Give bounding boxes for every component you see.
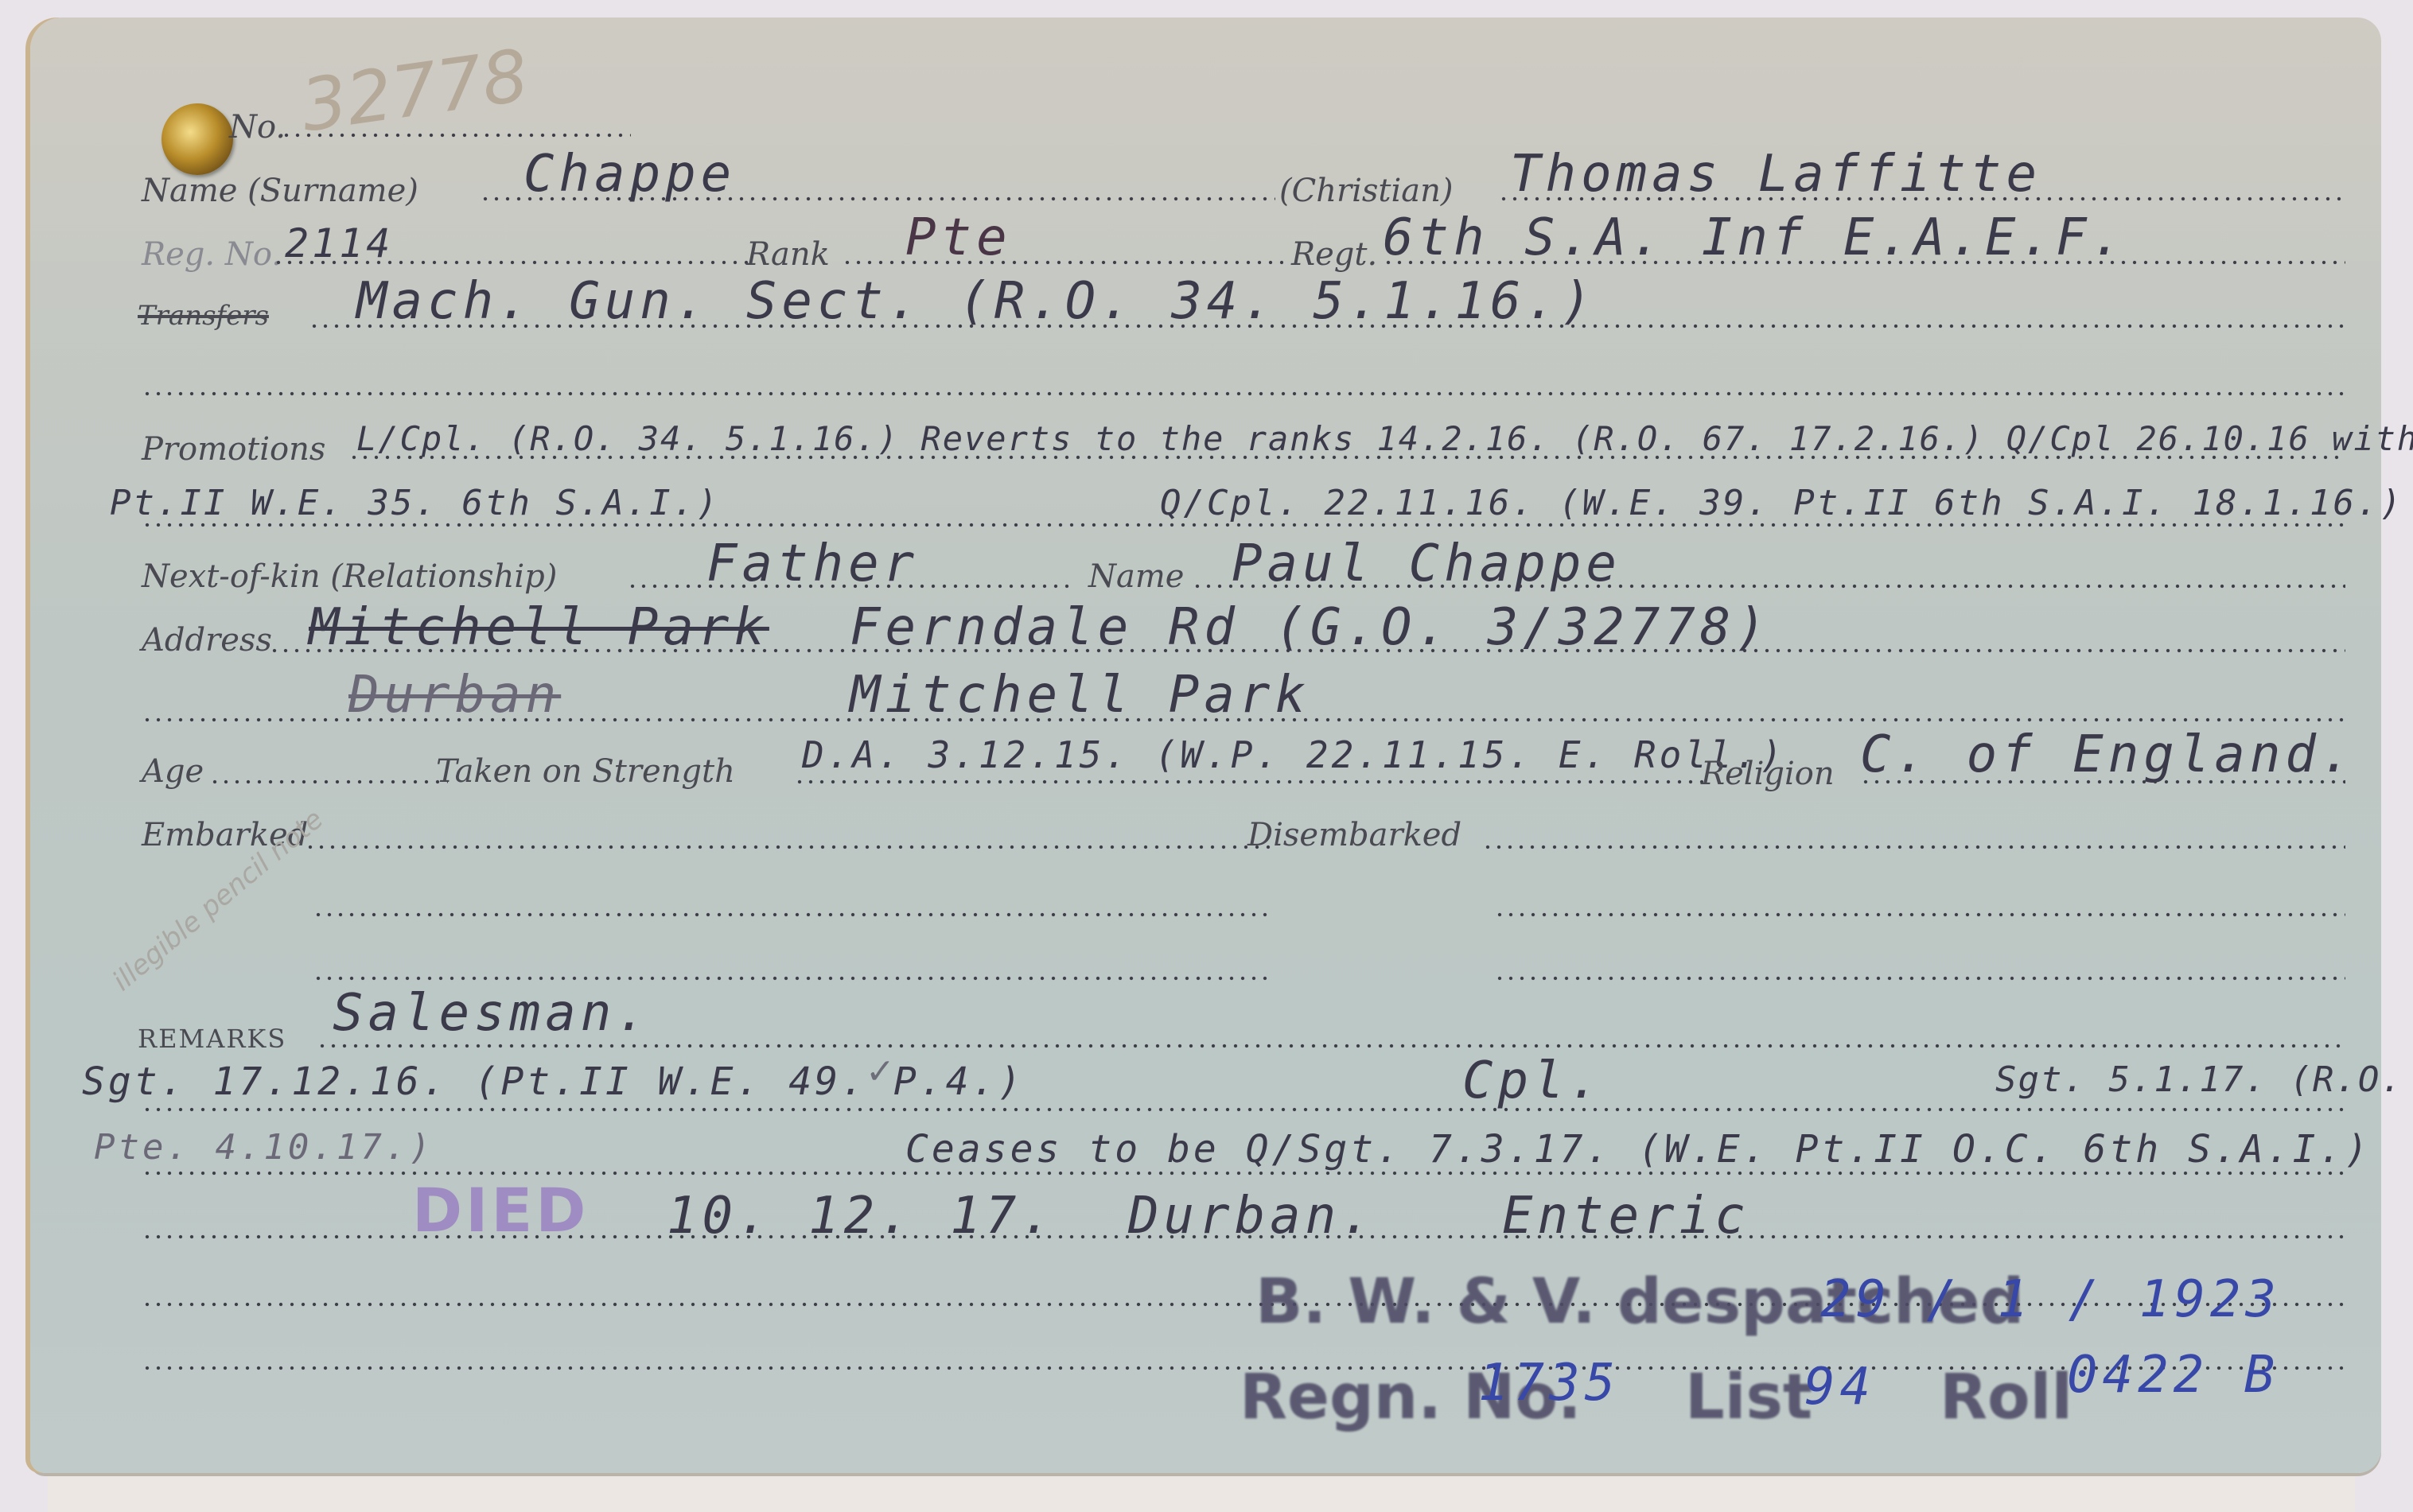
promotions-value-2a: Pt.II W.E. 35. 6th S.A.I.) [110, 483, 720, 523]
kin-name-label: Name [1088, 558, 1184, 595]
reg-no-value: 2114 [285, 220, 393, 266]
remarks-label: REMARKS [138, 1024, 286, 1054]
died-cause: Enteric [1502, 1187, 1750, 1246]
promotions-value-1: L/Cpl. (R.O. 34. 5.1.16.) Reverts to the… [356, 419, 2413, 458]
remarks-sgt-2: Sgt. 5.1.17. (R.O. 94a [1995, 1059, 2413, 1100]
regt-label: Regt. [1291, 236, 1377, 273]
check-mark-icon: ✓ [866, 1051, 895, 1092]
embarked-line-3 [313, 976, 1271, 981]
rank-label: Rank [746, 236, 830, 273]
address-label: Address [142, 622, 272, 659]
taken-on-strength-label: Taken on Strength [436, 753, 735, 790]
christian-value: Thomas Laffitte [1510, 145, 2041, 204]
age-line [209, 779, 448, 784]
disembarked-line-3 [1494, 976, 2345, 981]
embarked-line-2 [313, 912, 1271, 917]
record-card: 32778 No. Name (Surname) Chappe (Christi… [30, 17, 2381, 1473]
list-no-value: 94 [1804, 1358, 1875, 1417]
religion-label: Religion [1701, 756, 1835, 792]
christian-label: (Christian) [1279, 173, 1454, 209]
promotions-value-2b: Q/Cpl. 22.11.16. (W.E. 39. Pt.II 6th S.A… [1160, 483, 2403, 523]
bwv-date: 29 / 1 / 1923 [1820, 1270, 2281, 1329]
no-label: No. [229, 109, 286, 146]
roll-stamp: Roll [1940, 1362, 2072, 1433]
remarks-ceases: Ceases to be Q/Sgt. 7.3.17. (W.E. Pt.II … [905, 1127, 2371, 1172]
blank-line [142, 391, 2345, 396]
remarks-line-2 [142, 1107, 2345, 1112]
promotions-label: Promotions [142, 431, 325, 468]
remarks-occupation: Salesman. [333, 984, 652, 1043]
address-struck-2: Durban [348, 666, 561, 725]
address-struck-1: Mitchell Park [309, 598, 769, 657]
embarked-line [305, 845, 1271, 849]
taken-on-strength-value: D.A. 3.12.15. (W.P. 22.11.15. E. Roll.) [802, 733, 1785, 776]
died-stamp: DIED [412, 1175, 589, 1246]
roll-no-value: 0422 B [2067, 1346, 2279, 1405]
relationship-value: Father [706, 534, 919, 593]
regn-no-value: 1735 [1478, 1354, 1620, 1413]
remarks-line-1 [317, 1044, 2345, 1048]
no-line [281, 133, 631, 138]
pencil-number: 32778 [296, 34, 533, 149]
regt-value: 6th S.A. Inf E.A.E.F. [1383, 208, 2127, 267]
religion-value: C. of England. [1860, 725, 2356, 784]
died-date: 10. 12. 17. [667, 1187, 1057, 1246]
disembarked-line-2 [1494, 912, 2345, 917]
kin-name-value: Paul Chappe [1232, 534, 1621, 593]
remarks-pte: Pte. 4.10.17.) [94, 1127, 434, 1168]
died-place: Durban. [1128, 1187, 1376, 1246]
brass-rivet-icon [162, 103, 233, 175]
reg-no-label: Reg. No. [142, 236, 282, 273]
transfers-label: Transfers [138, 300, 269, 332]
list-stamp: List [1685, 1362, 1812, 1433]
disembarked-label: Disembarked [1247, 817, 1461, 853]
disembarked-line [1482, 845, 2345, 849]
surname-label: Name (Surname) [142, 173, 418, 209]
address-value-1: Ferndale Rd (G.O. 3/32778) [850, 598, 1771, 657]
surname-value: Chappe [523, 145, 736, 204]
next-of-kin-label: Next-of-kin (Relationship) [142, 558, 557, 595]
transfers-value: Mach. Gun. Sect. (R.O. 34. 5.1.16.) [356, 272, 1597, 331]
address-value-2: Mitchell Park [850, 666, 1310, 725]
rank-value: Pte [905, 208, 1012, 267]
age-label: Age [142, 753, 204, 790]
remarks-cpl: Cpl. [1462, 1051, 1604, 1110]
taken-on-strength-line [794, 779, 1709, 784]
